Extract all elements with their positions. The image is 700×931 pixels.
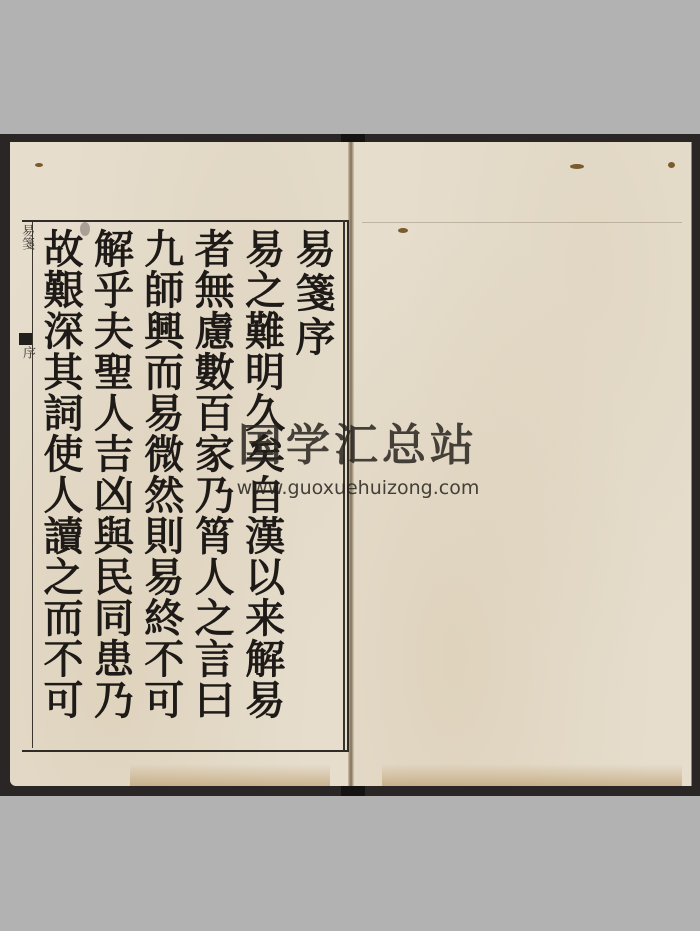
fishtail-marker-icon xyxy=(19,333,32,345)
paper-stain xyxy=(668,162,675,168)
text-column-4: 解乎夫聖人吉凶與民同患乃 xyxy=(86,228,134,738)
watermark-url: www.guoxuehuizong.com xyxy=(218,476,498,500)
paper-stain xyxy=(398,228,408,233)
watermark-title: 国学汇总站 xyxy=(218,420,498,472)
margin-section-label: 序 xyxy=(18,346,37,359)
text-column-5: 故艱深其詞使人讀之而不可 xyxy=(36,228,84,738)
paper-stain xyxy=(570,164,584,169)
faint-show-through-rule xyxy=(362,222,682,223)
margin-book-title: 易箋 xyxy=(17,224,33,250)
paper-stain xyxy=(35,163,43,167)
water-stain xyxy=(130,764,330,786)
ink-smudge xyxy=(80,222,90,236)
water-stain xyxy=(382,764,682,786)
margin-column xyxy=(18,222,33,748)
watermark: 国学汇总站 www.guoxuehuizong.com xyxy=(218,420,498,500)
text-column-3: 九師興而易微然則易終不可 xyxy=(137,228,185,738)
